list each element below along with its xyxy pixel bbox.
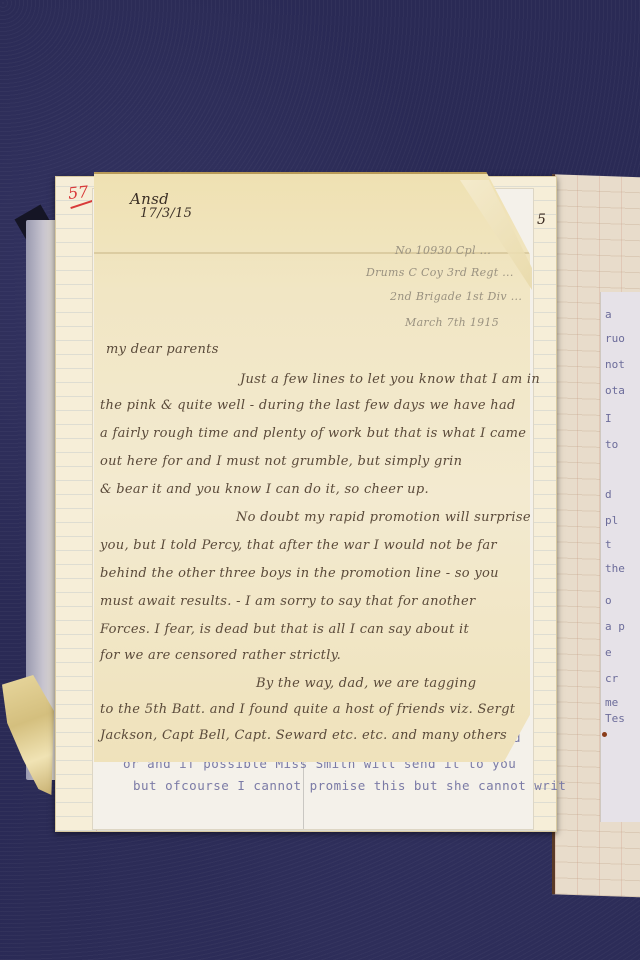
typed-fragment: the <box>605 562 625 575</box>
typed-fragment: ruo <box>605 332 625 345</box>
letter-line: No doubt my rapid promotion will surpris… <box>236 510 531 525</box>
letter-line: a fairly rough time and plenty of work b… <box>100 426 526 441</box>
letter-line: out here for and I must not grumble, but… <box>100 454 462 469</box>
folio-number: 57 <box>67 182 89 203</box>
typed-fragment: cr <box>605 672 618 685</box>
typed-fragment: e <box>605 646 612 659</box>
typed-fragment: I <box>605 412 612 425</box>
typed-fragment: a <box>605 308 612 321</box>
typed-fragment: pl <box>605 514 618 527</box>
page-number: 5 <box>537 212 546 228</box>
letter-line: Forces. I fear, is dead but that is all … <box>100 622 469 637</box>
letter-line: behind the other three boys in the promo… <box>100 566 499 581</box>
typed-fragment: ota <box>605 384 625 397</box>
adjacent-typed-sheet: a ruo not ota I to d pl t the o a p e cr… <box>600 292 640 822</box>
typed-fragment: Tes <box>605 712 625 725</box>
salutation: my dear parents <box>106 342 219 357</box>
address-line: Drums C Coy 3rd Regt ... <box>366 266 514 279</box>
letter-line: you, but I told Percy, that after the wa… <box>100 538 497 553</box>
typed-fragment: t <box>605 538 612 551</box>
letter-line: must await results. - I am sorry to say … <box>100 594 476 609</box>
letter-line: & bear it and you know I can do it, so c… <box>100 482 429 497</box>
address-line: No 10930 Cpl ... <box>395 244 491 257</box>
letter-line: Just a few lines to let you know that I … <box>240 372 540 387</box>
letter-line: the pink & quite well - during the last … <box>100 398 516 413</box>
typed-fragment: o <box>605 594 612 607</box>
typed-fragment: d <box>605 488 612 501</box>
letter-line: to the 5th Batt. and I found quite a hos… <box>100 702 515 717</box>
typed-fragment: not <box>605 358 625 371</box>
letter-date: March 7th 1915 <box>405 316 499 329</box>
typed-fragment: me <box>605 696 618 709</box>
received-date: 17/3/15 <box>140 206 192 221</box>
letter-line: By the way, dad, we are tagging <box>256 676 476 691</box>
typed-fragment: to <box>605 438 618 451</box>
letter-line: for we are censored rather strictly. <box>100 648 341 663</box>
typed-line: but ofcourse I cannot promise this but s… <box>133 778 566 793</box>
rust-stain <box>602 732 607 737</box>
letter-line: Jackson, Capt Bell, Capt. Seward etc. et… <box>100 728 507 743</box>
typed-fragment: a p <box>605 620 625 633</box>
address-line: 2nd Brigade 1st Div ... <box>390 290 522 303</box>
